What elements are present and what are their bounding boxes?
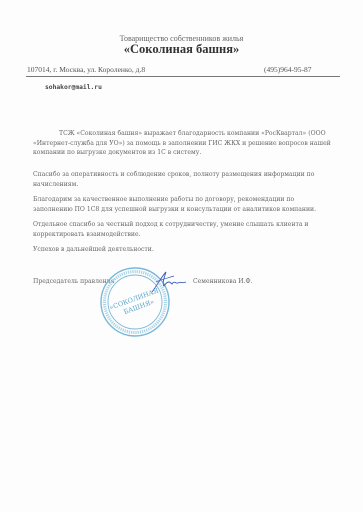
paragraph-4: Отдельное спасибо за честный подход к со…: [33, 220, 333, 239]
paragraph-2: Спасибо за оперативность и соблюдение ср…: [33, 170, 333, 189]
paragraph-1: ТСЖ «Соколиная башня» выражает благодарн…: [33, 129, 333, 158]
signature-icon: [150, 270, 188, 294]
header-divider: [26, 76, 340, 77]
email: sohakor@mail.ru: [45, 84, 102, 91]
phone: (495)964-95-87: [264, 65, 312, 74]
signer-name: Семенникова И.Ф.: [193, 278, 253, 285]
paragraph-3: Благодарим за качественное выполнение ра…: [33, 195, 333, 214]
org-name: «Соколиная башня»: [0, 42, 363, 57]
address: 107014, г. Москва, ул. Короленко, д.8: [27, 65, 145, 74]
paragraph-5: Успехов в дальнейшей деятельности.: [33, 245, 333, 255]
